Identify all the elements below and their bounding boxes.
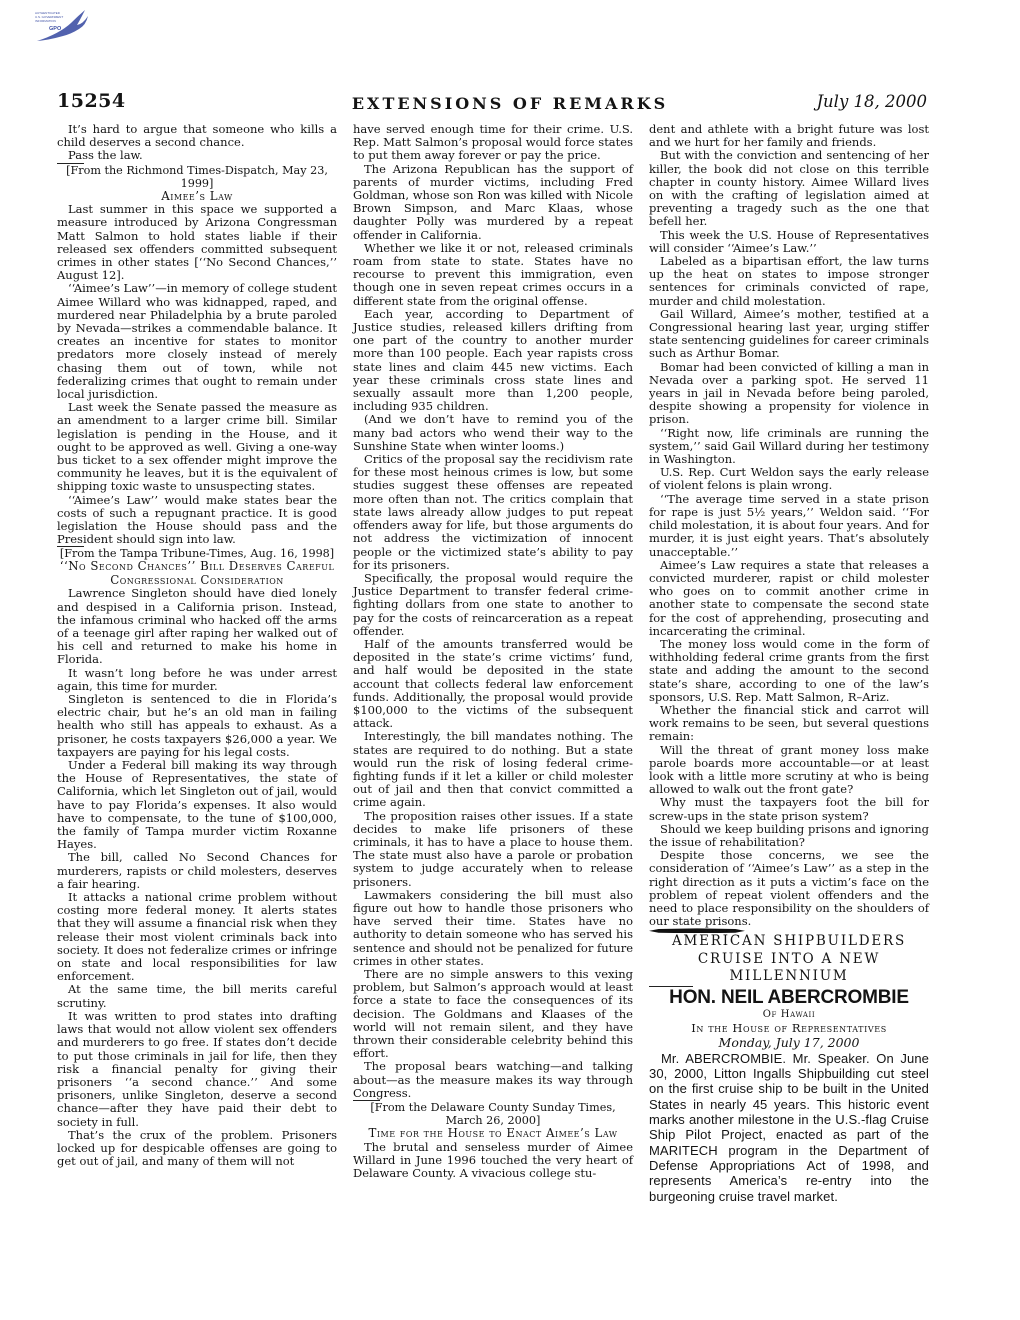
paragraph-continued: have served enough time for their crime.…: [353, 123, 633, 163]
paragraph: This week the U.S. House of Representati…: [649, 229, 929, 255]
paragraph-continued: dent and athlete with a bright future wa…: [649, 123, 929, 149]
speech-paragraph: Mr. ABERCROMBIE. Mr. Speaker. On June 30…: [649, 1051, 929, 1204]
paragraph: At the same time, the bill merits carefu…: [57, 983, 337, 1009]
column-middle: have served enough time for their crime.…: [353, 123, 633, 1204]
paragraph: Whether the financial stick and carrot w…: [649, 704, 929, 744]
paragraph: There are no simple answers to this vexi…: [353, 968, 633, 1060]
source-line: [From the Delaware County Sunday Times, …: [353, 1101, 633, 1127]
column-right: dent and athlete with a bright future wa…: [649, 123, 929, 1204]
speaker-state: Of Hawaii: [649, 1009, 929, 1021]
paragraph: Should we keep building prisons and igno…: [649, 823, 929, 849]
article-title: ‘‘No Second Chances’’ Bill Deserves Care…: [57, 560, 337, 587]
speaker-chamber: In the House of Representatives: [649, 1021, 929, 1035]
section-heading: AMERICAN SHIPBUILDERS CRUISE INTO A NEW …: [649, 933, 929, 986]
column-left: It’s hard to argue that someone who kill…: [57, 123, 337, 1204]
paragraph: Singleton is sentenced to die in Florida…: [57, 693, 337, 759]
paragraph: The bill, called No Second Chances for m…: [57, 851, 337, 891]
paragraph: ‘‘Aimee’s Law’’—in memory of college stu…: [57, 282, 337, 401]
paragraph: It wasn’t long before he was under arres…: [57, 667, 337, 693]
gpo-eagle-icon: AUTHENTICATED U.S. GOVERNMENT INFORMATIO…: [33, 7, 91, 47]
paragraph: Half of the amounts transferred would be…: [353, 638, 633, 730]
paragraph: It attacks a national crime problem with…: [57, 891, 337, 983]
paragraph: It was written to prod states into draft…: [57, 1010, 337, 1129]
paragraph: That’s the crux of the problem. Prisoner…: [57, 1129, 337, 1169]
page-date: July 18, 2000: [816, 92, 927, 111]
session-date: Monday, July 17, 2000: [649, 1035, 929, 1051]
paragraph: The proposition raises other issues. If …: [353, 810, 633, 889]
section-separator-rule: [649, 928, 745, 933]
paragraph: Aimee’s Law requires a state that releas…: [649, 559, 929, 638]
paragraph: Whether we like it or not, released crim…: [353, 242, 633, 308]
paragraph: ‘‘The average time served in a state pri…: [649, 493, 929, 559]
paragraph: Bomar had been convicted of killing a ma…: [649, 361, 929, 427]
paragraph: (And we don’t have to remind you of the …: [353, 413, 633, 453]
gpo-logo-line3: INFORMATION: [35, 19, 56, 23]
paragraph: ‘‘Aimee’s Law’’ would make states bear t…: [57, 494, 337, 547]
paragraph: The Arizona Republican has the support o…: [353, 163, 633, 242]
speaker-name: HON. NEIL ABERCROMBIE: [649, 987, 929, 1009]
source-line: [From the Richmond Times-Dispatch, May 2…: [57, 164, 337, 190]
paragraph: Last week the Senate passed the measure …: [57, 401, 337, 493]
congressional-record-page: AUTHENTICATED U.S. GOVERNMENT INFORMATIO…: [0, 0, 1020, 1320]
paragraph: Each year, according to Department of Ju…: [353, 308, 633, 414]
paragraph: Gail Willard, Aimee’s mother, testified …: [649, 308, 929, 361]
paragraph: It’s hard to argue that someone who kill…: [57, 123, 337, 149]
paragraph: Lawrence Singleton should have died lone…: [57, 587, 337, 666]
paragraph: U.S. Rep. Curt Weldon says the early rel…: [649, 466, 929, 492]
paragraph: The brutal and senseless murder of Aimee…: [353, 1141, 633, 1181]
article-title: Aimee’s Law: [57, 190, 337, 204]
paragraph: Will the threat of grant money loss make…: [649, 744, 929, 797]
paragraph: Under a Federal bill making its way thro…: [57, 759, 337, 851]
paragraph: Despite those concerns, we see the consi…: [649, 849, 929, 928]
paragraph: Why must the taxpayers foot the bill for…: [649, 796, 929, 822]
gpo-authentication-logo: AUTHENTICATED U.S. GOVERNMENT INFORMATIO…: [33, 7, 91, 51]
paragraph: ‘‘Right now, life criminals are running …: [649, 427, 929, 467]
article-title: Time for the House to Enact Aimee’s Law: [353, 1127, 633, 1141]
page-body: It’s hard to argue that someone who kill…: [57, 123, 929, 1204]
paragraph: But with the conviction and sentencing o…: [649, 149, 929, 228]
paragraph: Specifically, the proposal would require…: [353, 572, 633, 638]
paragraph: Lawmakers considering the bill must also…: [353, 889, 633, 968]
paragraph: The money loss would come in the form of…: [649, 638, 929, 704]
paragraph: The proposal bears watching—and talking …: [353, 1060, 633, 1100]
paragraph: Labeled as a bipartisan effort, the law …: [649, 255, 929, 308]
paragraph: Last summer in this space we supported a…: [57, 203, 337, 282]
paragraph: Critics of the proposal say the recidivi…: [353, 453, 633, 572]
paragraph: Pass the law.: [57, 149, 337, 162]
paragraph: Interestingly, the bill mandates nothing…: [353, 730, 633, 809]
